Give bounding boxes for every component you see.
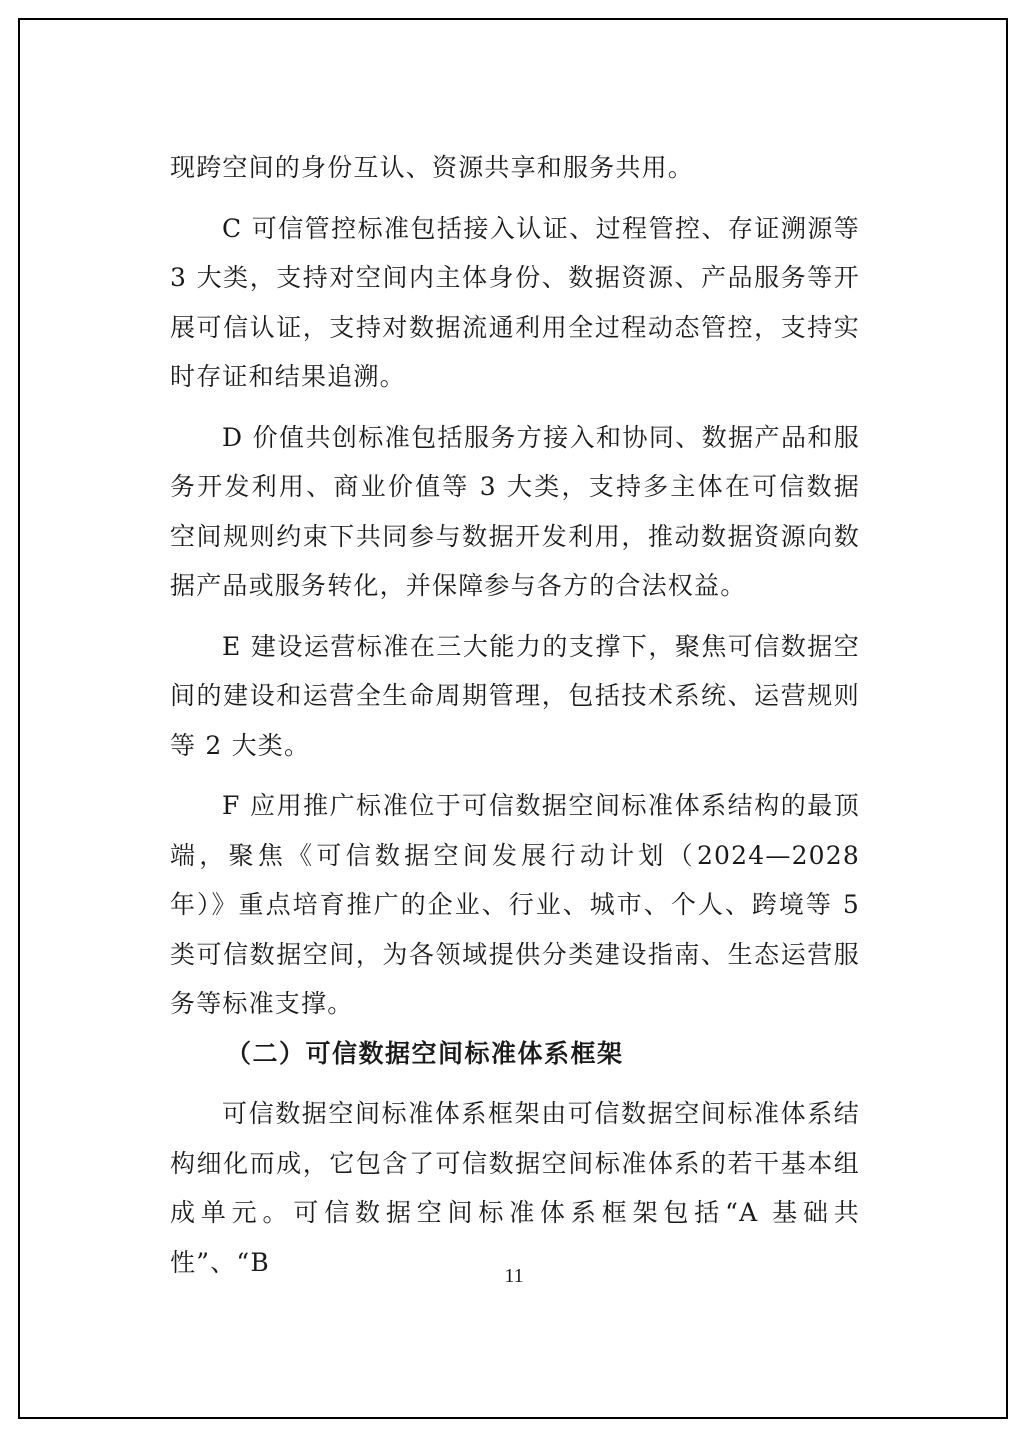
- document-body: 现跨空间的身份互认、资源共享和服务共用。 C 可信管控标准包括接入认证、过程管控…: [170, 143, 860, 1287]
- paragraph-continuation: 现跨空间的身份互认、资源共享和服务共用。: [170, 143, 860, 193]
- paragraph-d-value-co-creation: D 价值共创标准包括服务方接入和协同、数据产品和服务开发利用、商业价值等 3 大…: [170, 413, 860, 611]
- paragraph-framework-intro: 可信数据空间标准体系框架由可信数据空间标准体系结构细化而成，它包含了可信数据空间…: [170, 1089, 860, 1287]
- paragraph-e-construction-operation: E 建设运营标准在三大能力的支撑下，聚焦可信数据空间的建设和运营全生命周期管理，…: [170, 622, 860, 771]
- section-heading: （二）可信数据空间标准体系框架: [170, 1029, 860, 1079]
- paragraph-f-application-promotion: F 应用推广标准位于可信数据空间标准体系结构的最顶端，聚焦《可信数据空间发展行动…: [170, 781, 860, 1029]
- paragraph-c-trusted-control: C 可信管控标准包括接入认证、过程管控、存证溯源等 3 大类，支持对空间内主体身…: [170, 204, 860, 402]
- page-number: 11: [0, 1265, 1028, 1288]
